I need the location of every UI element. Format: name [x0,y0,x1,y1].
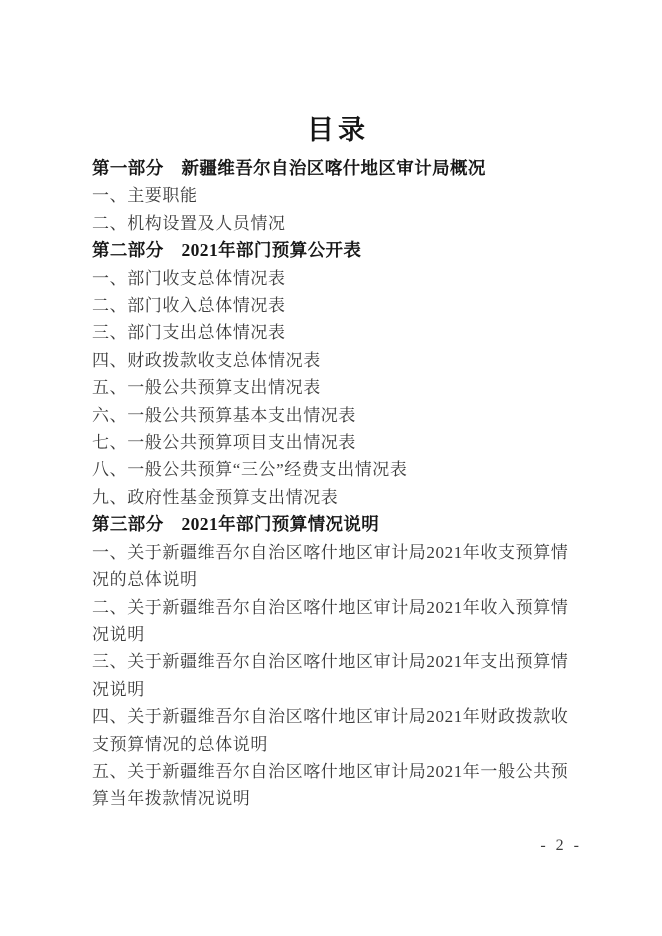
page-number: - 2 - [540,837,582,855]
document-content: 目录 第一部分 新疆维吾尔自治区喀什地区审计局概况一、主要职能二、机构设置及人员… [0,0,662,813]
toc-item: 九、政府性基金预算支出情况表 [92,484,584,511]
toc-item: 三、部门支出总体情况表 [92,319,584,346]
toc-item: 二、关于新疆维吾尔自治区喀什地区审计局2021年收入预算情 况说明 [92,594,584,649]
toc-item: 八、一般公共预算“三公”经费支出情况表 [92,456,584,483]
toc-item: 一、主要职能 [92,182,584,209]
toc-list: 第一部分 新疆维吾尔自治区喀什地区审计局概况一、主要职能二、机构设置及人员情况第… [92,155,584,813]
page-title: 目录 [92,114,584,146]
toc-item: 二、部门收入总体情况表 [92,292,584,319]
toc-item: 六、一般公共预算基本支出情况表 [92,402,584,429]
toc-item: 七、一般公共预算项目支出情况表 [92,429,584,456]
toc-section-heading: 第一部分 新疆维吾尔自治区喀什地区审计局概况 [92,155,584,182]
toc-item: 二、机构设置及人员情况 [92,210,584,237]
toc-section-heading: 第二部分 2021年部门预算公开表 [92,237,584,264]
toc-item: 四、关于新疆维吾尔自治区喀什地区审计局2021年财政拨款收 支预算情况的总体说明 [92,703,584,758]
toc-item: 五、一般公共预算支出情况表 [92,374,584,401]
toc-item: 一、部门收支总体情况表 [92,265,584,292]
toc-section-heading: 第三部分 2021年部门预算情况说明 [92,511,584,538]
document-page: 目录 第一部分 新疆维吾尔自治区喀什地区审计局概况一、主要职能二、机构设置及人员… [0,0,662,936]
toc-item: 四、财政拨款收支总体情况表 [92,347,584,374]
toc-item: 一、关于新疆维吾尔自治区喀什地区审计局2021年收支预算情 况的总体说明 [92,539,584,594]
toc-item: 五、关于新疆维吾尔自治区喀什地区审计局2021年一般公共预 算当年拨款情况说明 [92,758,584,813]
toc-item: 三、关于新疆维吾尔自治区喀什地区审计局2021年支出预算情 况说明 [92,648,584,703]
